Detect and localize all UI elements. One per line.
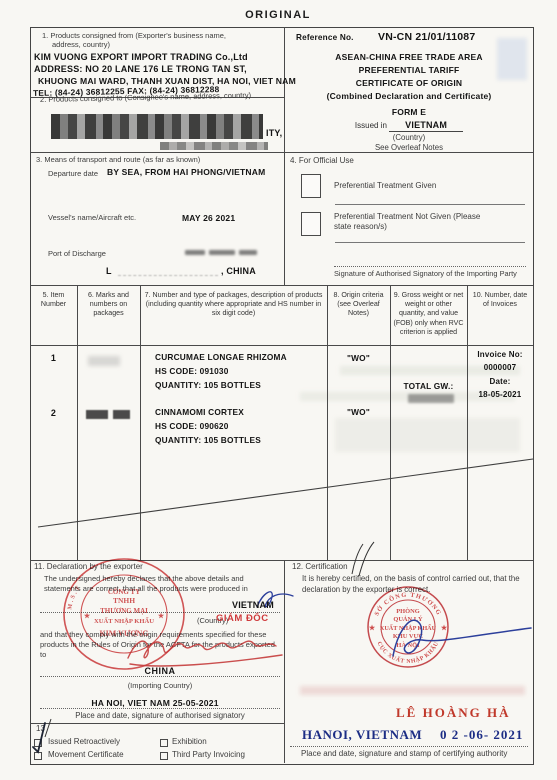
row1-hs-code: HS CODE: 091030 bbox=[155, 366, 229, 376]
fta-title: ASEAN-CHINA FREE TRADE AREA bbox=[289, 52, 529, 62]
row1-product: CURCUMAE LONGAE RHIZOMA bbox=[155, 352, 287, 362]
exporter-place-date: HA NOI, VIET NAM 25-05-2021 bbox=[40, 698, 270, 708]
box11-caption: Place and date, signature of authorised … bbox=[40, 711, 280, 722]
box12-label: 12. Certification bbox=[292, 562, 348, 573]
box3-label: 3. Means of transport and route (as far … bbox=[36, 155, 200, 165]
certificate-title: CERTIFICATE OF ORIGIN bbox=[289, 78, 529, 88]
vessel-value: MAY 26 2021 bbox=[182, 213, 235, 223]
office-place-stamp: HANOI, VIETNAM bbox=[302, 727, 422, 743]
row2-item-number: 2 bbox=[30, 408, 77, 418]
importing-country-caption: (Importing Country) bbox=[40, 681, 280, 691]
overleaf-note: See Overleaf Notes bbox=[289, 143, 529, 154]
third-party-invoicing-label: Third Party Invoicing bbox=[172, 750, 245, 761]
exhibition-checkbox[interactable] bbox=[160, 739, 168, 747]
office-date-stamp: 0 2 -06- 2021 bbox=[440, 727, 523, 743]
row2-quantity: QUANTITY: 105 BOTTLES bbox=[155, 435, 261, 445]
issued-in-country: VIETNAM bbox=[389, 120, 463, 132]
tariff-title: PREFERENTIAL TARIFF bbox=[289, 65, 529, 75]
exporter-address-1: ADDRESS: NO 20 LANE 176 LE TRONG TAN ST, bbox=[34, 64, 247, 74]
col-header-description: 7. Number and type of packages, descript… bbox=[140, 288, 327, 319]
port-of-discharge-label: Port of Discharge bbox=[48, 249, 106, 259]
box4-signature-caption: Signature of Authorised Signatory of the… bbox=[334, 269, 529, 279]
col-header-gross-weight: 9. Gross weight or net weight or other q… bbox=[390, 288, 467, 337]
box4-label: 4. For Official Use bbox=[290, 156, 354, 167]
row2-origin-criteria: "WO" bbox=[327, 407, 390, 417]
certification-text: It is hereby certified, on the basis of … bbox=[302, 574, 528, 595]
departure-date-value: BY SEA, FROM HAI PHONG/VIETNAM bbox=[107, 167, 265, 177]
third-party-invoicing-checkbox[interactable] bbox=[160, 752, 168, 760]
reference-no-value: VN-CN 21/01/11087 bbox=[378, 31, 475, 43]
center-divider-bottom bbox=[284, 560, 285, 763]
redacted-total-gw-value bbox=[408, 394, 454, 403]
col-header-item: 5. Item Number bbox=[30, 288, 77, 309]
table-header-bottom bbox=[30, 345, 533, 346]
redacted-port-of-discharge bbox=[185, 242, 257, 260]
row2-hs-code: HS CODE: 090620 bbox=[155, 421, 229, 431]
exporter-company: KIM VUONG EXPORT IMPORT TRADING Co.,Ltd bbox=[34, 52, 248, 62]
importing-country: CHINA bbox=[40, 666, 280, 676]
box12-caption: Place and date, signature and stamp of c… bbox=[301, 749, 531, 760]
issued-in-line: Issued in VIETNAM bbox=[289, 120, 529, 132]
departure-date-label: Departure date bbox=[48, 169, 98, 179]
invoice-number: 0000007 bbox=[467, 363, 533, 372]
exporter-place-date-dotline bbox=[40, 708, 280, 709]
issued-retroactively-checkbox[interactable] bbox=[34, 739, 42, 747]
total-gw-label: TOTAL GW.: bbox=[390, 381, 467, 391]
box1-label-line2: address, country) bbox=[52, 40, 110, 50]
certifier-name: LÊ HOÀNG HÀ bbox=[396, 705, 510, 721]
vessel-label: Vessel's name/Aircraft etc. bbox=[48, 213, 136, 223]
box13-number: 13 bbox=[36, 724, 45, 735]
table-col-line-1 bbox=[77, 285, 78, 560]
row1-item-number: 1 bbox=[30, 353, 77, 363]
row2-marks-redaction-2 bbox=[113, 410, 130, 419]
divider-box11-box13 bbox=[30, 723, 284, 724]
movement-certificate-label: Movement Certificate bbox=[48, 750, 124, 761]
consignee-visible-suffix: ITY, bbox=[266, 128, 282, 138]
destination-faded-line bbox=[118, 275, 218, 276]
col-header-invoice: 10. Number, date of Invoices bbox=[467, 288, 533, 309]
certificate-of-origin-page: ORIGINAL 1. Products consigned from (Exp… bbox=[0, 0, 557, 780]
table-col-line-3 bbox=[327, 285, 328, 560]
row2-product: CINNAMOMI CORTEX bbox=[155, 407, 244, 417]
declared-country: VIETNAM bbox=[232, 600, 274, 610]
preferential-not-given-label-2: state reason/s) bbox=[334, 222, 387, 233]
invoice-date-label: Date: bbox=[467, 377, 533, 386]
importing-country-dotline bbox=[40, 676, 280, 677]
divider-row3 bbox=[30, 285, 533, 286]
col-header-marks: 6. Marks and numbers on packages bbox=[77, 288, 140, 319]
country-caption: (Country) bbox=[289, 133, 529, 144]
issued-in-label: Issued in bbox=[355, 121, 387, 130]
form-code: FORM E bbox=[289, 107, 529, 117]
compliance-text: and that they comply with the origin req… bbox=[40, 630, 282, 660]
table-col-line-5 bbox=[467, 285, 468, 560]
director-title: GIÁM ĐỐC bbox=[216, 613, 269, 624]
col-header-origin: 8. Origin criteria (see Overleaf Notes) bbox=[327, 288, 390, 319]
table-col-line-2 bbox=[140, 285, 141, 560]
preferential-given-label: Preferential Treatment Given bbox=[334, 181, 436, 192]
redacted-consignee bbox=[51, 114, 263, 139]
box4-rule-2 bbox=[335, 242, 525, 243]
preferential-given-checkbox[interactable] bbox=[301, 174, 321, 198]
table-bottom bbox=[30, 560, 533, 561]
invoice-label: Invoice No: bbox=[467, 350, 533, 359]
invoice-date: 18-05-2021 bbox=[467, 390, 533, 399]
center-divider-top bbox=[284, 27, 285, 285]
box4-rule-1 bbox=[335, 204, 525, 205]
reference-no-label: Reference No. bbox=[296, 33, 354, 42]
box11-label: 11. Declaration by the exporter bbox=[34, 562, 143, 573]
exhibition-label: Exhibition bbox=[172, 737, 207, 748]
combined-declaration-subtitle: (Combined Declaration and Certificate) bbox=[289, 91, 529, 101]
movement-certificate-checkbox[interactable] bbox=[34, 752, 42, 760]
redacted-consignee-2 bbox=[160, 142, 268, 150]
destination-prefix: L bbox=[106, 266, 112, 276]
copy-type-title: ORIGINAL bbox=[218, 9, 338, 21]
box4-signature-dotline bbox=[334, 266, 526, 267]
box12-caption-dotline bbox=[290, 746, 528, 747]
issued-retroactively-label: Issued Retroactively bbox=[48, 737, 120, 748]
destination-country: , CHINA bbox=[221, 266, 256, 276]
row2-marks-redaction-1 bbox=[86, 410, 108, 419]
row1-quantity: QUANTITY: 105 BOTTLES bbox=[155, 380, 261, 390]
row1-origin-criteria: "WO" bbox=[327, 353, 390, 363]
preferential-not-given-checkbox[interactable] bbox=[301, 212, 321, 236]
declaration-text: The undersigned hereby declares that the… bbox=[44, 574, 276, 594]
